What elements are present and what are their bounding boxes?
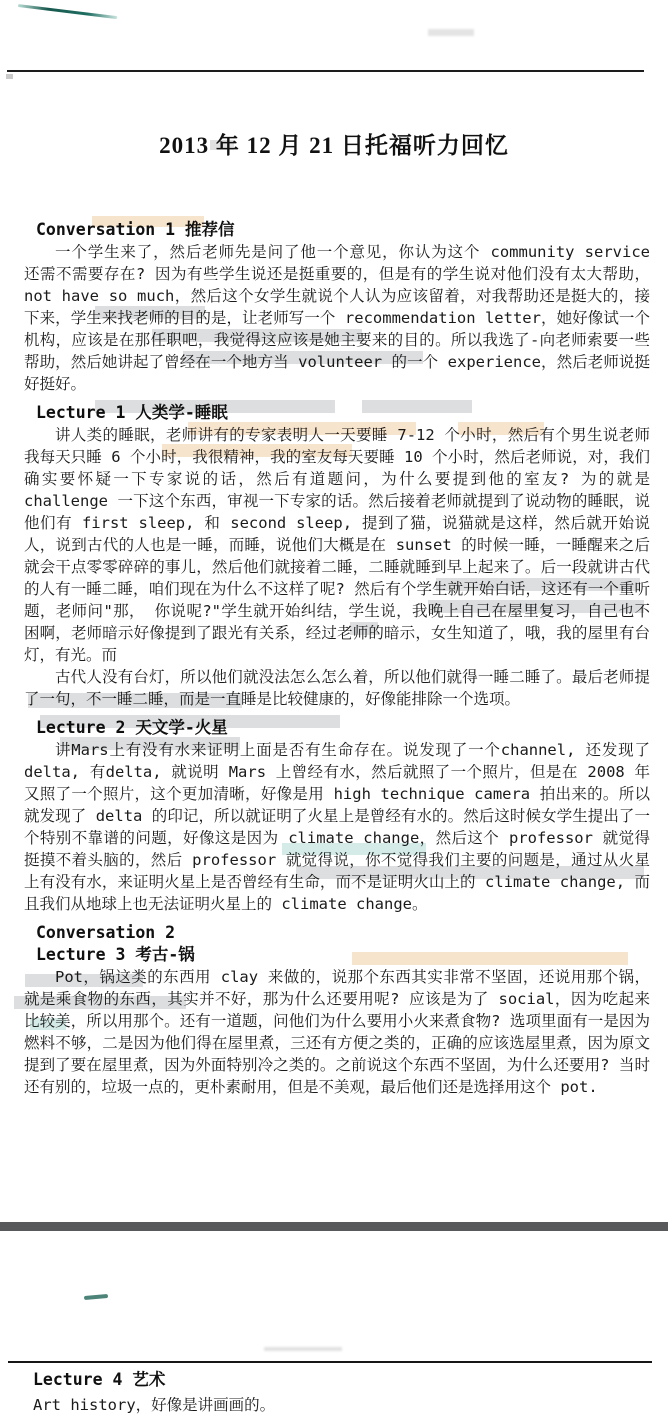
section-heading-conversation-1: Conversation 1 推荐信 bbox=[24, 219, 650, 241]
page-separator-band bbox=[0, 1222, 668, 1231]
section-heading-conversation-2: Conversation 2 bbox=[24, 922, 650, 944]
scan-speck bbox=[6, 74, 13, 79]
section-paragraph: 讲人类的睡眠，老师讲有的专家表明人一天要睡 7-12 个小时，然后有个男生说老师… bbox=[24, 424, 650, 666]
section-heading-lecture-1: Lecture 1 人类学-睡眠 bbox=[24, 402, 650, 424]
scan-smudge bbox=[264, 1347, 342, 1351]
document-body: Conversation 1 推荐信 一个学生来了，然后老师先是问了他一个意见，… bbox=[24, 219, 650, 1098]
section-heading-lecture-2: Lecture 2 天文学-火星 bbox=[24, 717, 650, 739]
scanned-document-page: 2013 年 12 月 21 日托福听力回忆 Conversation 1 推荐… bbox=[0, 0, 668, 1415]
pen-stroke-artifact bbox=[18, 4, 118, 19]
section-paragraph: 古代人没有台灯，所以他们就没法怎么怎么着，所以他们就得一睡二睡了。最后老师提了一… bbox=[24, 666, 650, 710]
section-paragraph: Art history，好像是讲画画的。 bbox=[33, 1394, 633, 1415]
pen-dash-artifact bbox=[84, 1294, 108, 1300]
section-paragraph: 一个学生来了，然后老师先是问了他一个意见，你认为这个 community ser… bbox=[24, 241, 650, 395]
footer-section: Lecture 4 艺术 Art history，好像是讲画画的。 bbox=[33, 1369, 633, 1415]
section-heading-lecture-4: Lecture 4 艺术 bbox=[33, 1369, 633, 1391]
scan-smudge bbox=[428, 29, 474, 36]
top-rule bbox=[7, 70, 644, 72]
section-paragraph: Pot，锅这类的东西用 clay 来做的，说那个东西其实非常不坚固，还说用那个锅… bbox=[24, 966, 650, 1098]
document-title: 2013 年 12 月 21 日托福听力回忆 bbox=[0, 127, 668, 160]
section-paragraph: 讲Mars上有没有水来证明上面是否有生命存在。说发现了一个channel, 还发… bbox=[24, 739, 650, 915]
bottom-rule bbox=[8, 1361, 652, 1363]
section-heading-lecture-3: Lecture 3 考古-锅 bbox=[24, 944, 650, 966]
